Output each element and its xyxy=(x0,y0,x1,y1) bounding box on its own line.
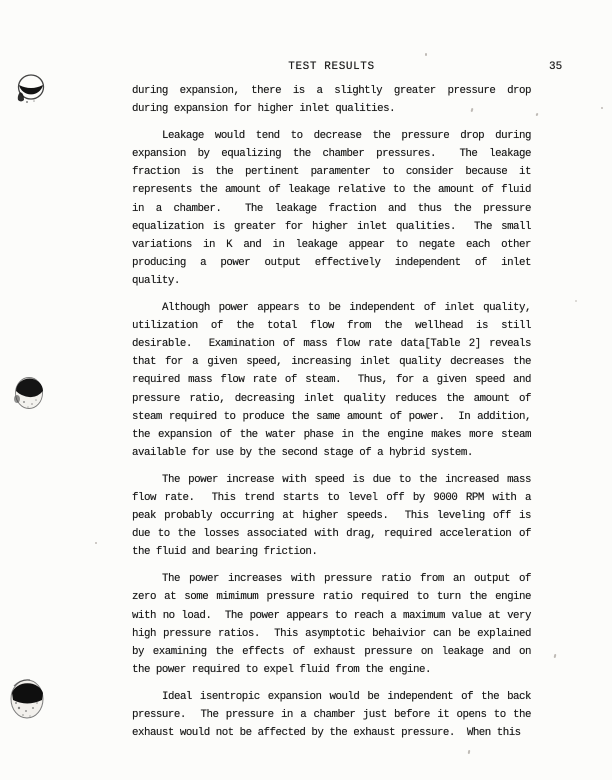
scan-speckle xyxy=(601,107,603,109)
paragraph: Ideal isentropic expansion would be inde… xyxy=(132,688,531,742)
paragraph: The power increase with speed is due to … xyxy=(132,471,531,561)
text-line: desirable. Examination of mass flow rate… xyxy=(132,335,531,353)
ink-blot-middle-icon xyxy=(12,373,48,420)
text-line: steam required to produce the same amoun… xyxy=(132,408,531,426)
paragraph: during expansion, there is a slightly gr… xyxy=(132,82,531,118)
text-line: the power required to expel fluid from t… xyxy=(132,661,531,679)
page-number: 35 xyxy=(549,61,562,73)
ink-blot-top-icon xyxy=(13,72,49,115)
text-line: exhaust would not be affected by the exh… xyxy=(132,724,531,742)
text-line: The power increases with pressure ratio … xyxy=(132,570,531,588)
text-line: expansion by equalizing the chamber pres… xyxy=(132,145,531,163)
text-line: pressure. The pressure in a chamber just… xyxy=(132,706,531,724)
text-line: zero at some mimimum pressure ratio requ… xyxy=(132,588,531,606)
text-line: represents the amount of leakage relativ… xyxy=(132,181,531,199)
text-line: available for use by the second stage of… xyxy=(132,444,531,462)
scan-speckle xyxy=(535,113,538,117)
page-header: TEST RESULTS xyxy=(132,61,531,73)
text-line: fraction is the pertinent paramenter to … xyxy=(132,163,531,181)
scan-speckle xyxy=(554,654,557,658)
text-line: producing a power output effectively ind… xyxy=(132,254,531,272)
text-line: Although power appears to be independent… xyxy=(132,299,531,317)
text-line: during expansion, there is a slightly gr… xyxy=(132,82,531,100)
text-line: equalization is greater for higher inlet… xyxy=(132,218,531,236)
text-line: Leakage would tend to decrease the press… xyxy=(132,127,531,145)
text-line: quality. xyxy=(132,272,531,290)
text-line: the fluid and bearing friction. xyxy=(132,543,531,561)
paragraph: Although power appears to be independent… xyxy=(132,299,531,462)
text-line: utilization of the total flow from the w… xyxy=(132,317,531,335)
text-line: with no load. The power appears to reach… xyxy=(132,607,531,625)
text-line: in a chamber. The leakage fraction and t… xyxy=(132,200,531,218)
paragraph: The power increases with pressure ratio … xyxy=(132,570,531,679)
text-line: variations in K and in leakage appear to… xyxy=(132,236,531,254)
text-line: pressure ratio, decreasing inlet quality… xyxy=(132,390,531,408)
scan-speckle xyxy=(425,53,427,56)
text-line: that for a given speed, increasing inlet… xyxy=(132,353,531,371)
scan-speckle xyxy=(468,750,471,754)
text-line: high pressure ratios. This asymptotic be… xyxy=(132,625,531,643)
paragraph: Leakage would tend to decrease the press… xyxy=(132,127,531,290)
scan-speckle xyxy=(95,542,97,544)
scan-speckle xyxy=(575,300,577,302)
text-line: due to the losses associated with drag, … xyxy=(132,525,531,543)
scanned-document-page: TEST RESULTS 35 during expansion, there … xyxy=(0,0,612,780)
text-line: flow rate. This trend starts to level of… xyxy=(132,489,531,507)
text-line: peak probably occurring at higher speeds… xyxy=(132,507,531,525)
ink-blot-bottom-icon xyxy=(8,676,48,729)
page-title: TEST RESULTS xyxy=(288,61,374,73)
text-line: required mass flow rate of steam. Thus, … xyxy=(132,371,531,389)
text-line: by examining the effects of exhaust pres… xyxy=(132,643,531,661)
text-line: The power increase with speed is due to … xyxy=(132,471,531,489)
text-line: Ideal isentropic expansion would be inde… xyxy=(132,688,531,706)
text-body: during expansion, there is a slightly gr… xyxy=(132,82,531,742)
text-line: the expansion of the water phase in the … xyxy=(132,426,531,444)
